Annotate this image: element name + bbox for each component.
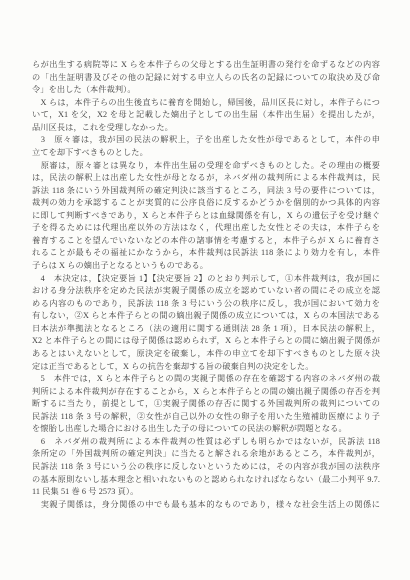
text-line: いて，X1 を父，X2 を母と記載した嫡出子としての出生届（本件出生届）を提出し… (32, 109, 380, 122)
text-line: 4 本決定は，【決定要旨 1】【決定要旨 2】のとおり判示して，①本件裁判は，我… (32, 273, 380, 286)
text-line: 有しない，②X らと本件子らとの間の嫡出親子関係の成立については，X らの本国法… (32, 310, 380, 323)
text-line: の「出生証明書及びその他の記録に対する申立人らの氏名の記録についての取決め及び命 (32, 72, 380, 85)
text-line: 子らは X らの嫡出子となるというものである。 (32, 260, 380, 273)
text-line: 実親子関係は，身分関係の中でも最も基本的なものであり，様々な社会生活上の関係に (32, 499, 380, 512)
text-line: 6 ネバダ州の裁判所による本件裁判の性質は必ずしも明らかではないが，民訴法 11… (32, 436, 380, 449)
document-page: らが出生する病院等に X らを本件子らの父母とする出生証明書の発行を命ずるなどの… (0, 0, 410, 580)
text-line: 日本法が準拠法となるところ（法の適用に関する通則法 28 条 1 項），日本民法… (32, 323, 380, 336)
text-line: 原審は，原々審とは異なり，本件出生届の受理を命ずべきものとした。その理由の概要 (32, 160, 380, 173)
document-text-block: らが出生する病院等に X らを本件子らの父母とする出生証明書の発行を命ずるなどの… (32, 59, 380, 511)
text-line: 子を得るためには代理出産以外の方法はなく，代理出産した女性とその夫は，本件子らを (32, 222, 380, 235)
text-line: れることが最もその福祉にかなうから，本件裁判は民訴法 118 条により効力を有し… (32, 247, 380, 260)
text-line: X2 と本件子らとの間には母子関係は認められず，X らと本件子らとの間に嫡出親子… (32, 335, 380, 348)
text-line: らが出生する病院等に X らを本件子らの父母とする出生証明書の発行を命ずるなどの… (32, 59, 380, 72)
text-line: 立てを却下すべきものとした。 (32, 147, 380, 160)
text-line: は，民法の解釈上は出産した女性が母となるが，ネバダ州の裁判所による本件裁判は，民 (32, 172, 380, 185)
text-line: 11 民集 51 巻 6 号 2573 頁）。 (32, 486, 380, 499)
text-line: 品川区長は，これを受理しなかった。 (32, 122, 380, 135)
text-line: 定は正当であるとして，X らの抗告を棄却する旨の破棄自判の決定をした。 (32, 361, 380, 374)
text-line: 令」を出した（本件裁判）。 (32, 84, 380, 97)
text-line: 民訴法 118 条 3 号にいう公の秩序に反しないというためには，その内容が我が… (32, 461, 380, 474)
text-line: あるとはいえないとして，原決定を破棄し，本件の申立てを却下すべきものとした原々決 (32, 348, 380, 361)
text-line: 5 本件では，X らと本件子らとの間の実親子関係の存在を確認する内容のネバダ州の… (32, 373, 380, 386)
text-line: を懐胎し出産した場合における出生した子の母についての民法の解釈が問題となる。 (32, 423, 380, 436)
text-line: 養育することを望んでいないなどの本件の諸事情を考慮すると，本件子らが X らに養… (32, 235, 380, 248)
text-line: 裁判の効力を承認することが実質的に公序良俗に反するかどうかを個別的かつ具体的内容 (32, 197, 380, 210)
text-line: 条所定の「外国裁判所の確定判決」に当たると解される余地があるところ，本件裁判が， (32, 448, 380, 461)
text-line: 3 原々審は，我が国の民法の解釈上，子を出産した女性が母であるとして，本件の申 (32, 134, 380, 147)
text-line: おける身分法秩序を定めた民法が実親子関係の成立を認めていない者の間にその成立を認 (32, 285, 380, 298)
text-line: 判所による本件裁判が存在することから，X らと本件子らとの間の嫡出親子関係の存否… (32, 386, 380, 399)
text-line: の基本原則ないし基本理念と相いれないものと認められなければならない（最二小判平 … (32, 474, 380, 487)
text-line: 民訴法 118 条 3 号の解釈，②女性が自己以外の女性の卵子を用いた生殖補助医… (32, 411, 380, 424)
text-line: める内容のものであり，民訴法 118 条 3 号にいう公の秩序に反し，我が国にお… (32, 298, 380, 311)
text-line: 訴法 118 条にいう外国裁判所の確定判決に該当するところ，同法 3 号の要件に… (32, 185, 380, 198)
text-line: に即して判断すべきであり，X らと本件子らとは血縁関係を有し，X らの遺伝子を受… (32, 210, 380, 223)
text-line: X らは，本件子らの出生後直ちに養育を開始し，帰国後，品川区長に対し，本件子らに… (32, 97, 380, 110)
text-line: 断するに当たり，前提として，①実親子関係の存否に関する外国裁判所の裁判についての (32, 398, 380, 411)
